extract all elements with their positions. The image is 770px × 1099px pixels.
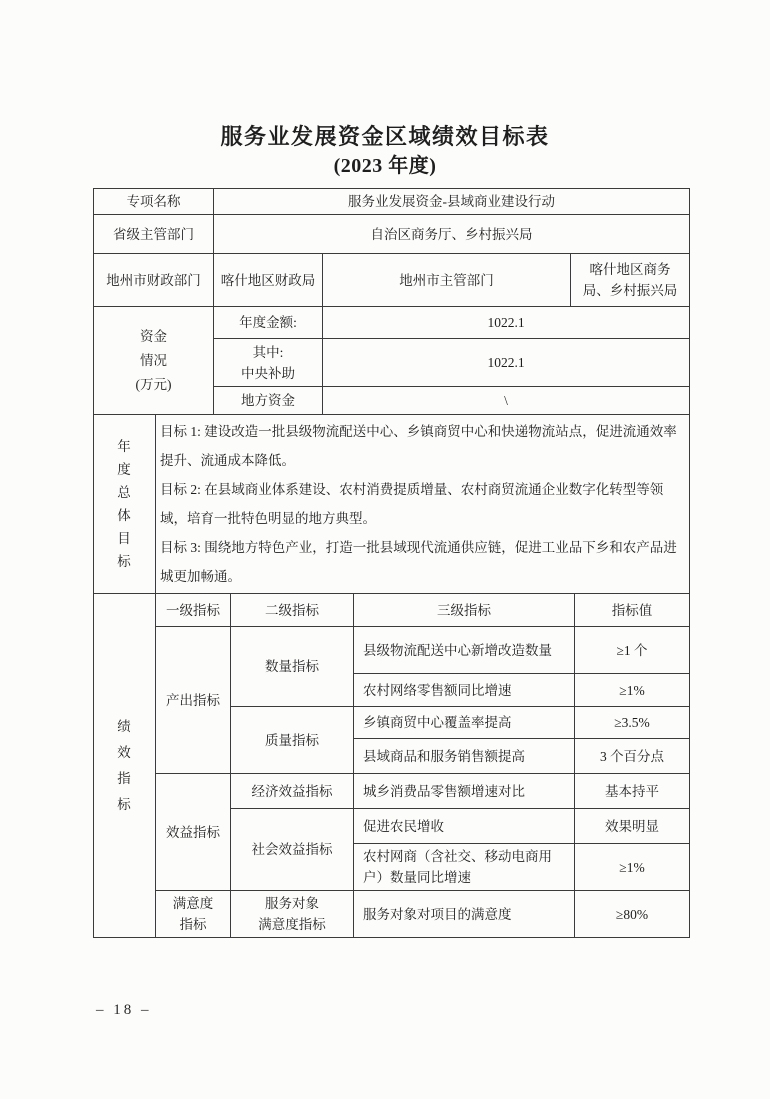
indicator-value: 基本持平 xyxy=(575,774,690,809)
indicator-value: ≥80% xyxy=(575,891,690,938)
indicator-text: 服务对象对项目的满意度 xyxy=(354,891,575,938)
indicator-value: ≥3.5% xyxy=(575,707,690,739)
indicator-text: 促进农民增收 xyxy=(354,809,575,844)
funds-central-value: 1022.1 xyxy=(323,339,690,387)
project-name-value: 服务业发展资金-县域商业建设行动 xyxy=(214,189,690,215)
prefecture-finance-value: 喀什地区财政局 xyxy=(214,254,323,307)
indicator-text: 农村网络零售额同比增速 xyxy=(354,674,575,707)
doc-title: 服务业发展资金区域绩效目标表 xyxy=(0,0,770,152)
page-number: – 18 – xyxy=(96,1002,152,1019)
level1-satisfaction: 满意度 指标 xyxy=(156,891,231,938)
level2-satisfaction: 服务对象 满意度指标 xyxy=(231,891,354,938)
header-level3: 三级指标 xyxy=(354,594,575,627)
prefecture-admin-label: 地州市主管部门 xyxy=(323,254,571,307)
performance-table: 绩 效 指 标 一级指标 二级指标 三级指标 指标值 产出指标 数量指标 县级物… xyxy=(93,593,690,938)
indicator-text: 城乡消费品零售额增速对比 xyxy=(354,774,575,809)
table-row: 产出指标 数量指标 县级物流配送中心新增改造数量 ≥1 个 xyxy=(94,627,690,674)
indicator-value: ≥1% xyxy=(575,844,690,891)
table-row: 满意度 指标 服务对象 满意度指标 服务对象对项目的满意度 ≥80% xyxy=(94,891,690,938)
level1-benefit: 效益指标 xyxy=(156,774,231,891)
indicator-text: 县域商品和服务销售额提高 xyxy=(354,739,575,774)
goals-section-label: 年 度 总 体 目 标 xyxy=(94,415,156,594)
header-value: 指标值 xyxy=(575,594,690,627)
goals-table: 年 度 总 体 目 标 目标 1: 建设改造一批县级物流配送中心、乡镇商贸中心和… xyxy=(93,414,690,594)
level2-quality: 质量指标 xyxy=(231,707,354,774)
table-row: 绩 效 指 标 一级指标 二级指标 三级指标 指标值 xyxy=(94,594,690,627)
table-row: 省级主管部门 自治区商务厅、乡村振兴局 xyxy=(94,215,690,254)
provincial-dept-value: 自治区商务厅、乡村振兴局 xyxy=(214,215,690,254)
goal-item-3: 目标 3: 围绕地方特色产业，打造一批县域现代流通供应链，促进工业品下乡和农产品… xyxy=(160,533,685,591)
header-level2: 二级指标 xyxy=(231,594,354,627)
info-table: 专项名称 服务业发展资金-县域商业建设行动 省级主管部门 自治区商务厅、乡村振兴… xyxy=(93,188,690,415)
goal-item-2: 目标 2: 在县域商业体系建设、农村消费提质增量、农村商贸流通企业数字化转型等领… xyxy=(160,475,685,533)
goal-item-1: 目标 1: 建设改造一批县级物流配送中心、乡镇商贸中心和快递物流站点，促进流通效… xyxy=(160,417,685,475)
level2-social: 社会效益指标 xyxy=(231,809,354,891)
level2-quantity: 数量指标 xyxy=(231,627,354,707)
funds-annual-value: 1022.1 xyxy=(323,307,690,339)
table-row: 专项名称 服务业发展资金-县域商业建设行动 xyxy=(94,189,690,215)
table-row: 地州市财政部门 喀什地区财政局 地州市主管部门 喀什地区商务局、乡村振兴局 xyxy=(94,254,690,307)
funds-label: 资金 情况 (万元) xyxy=(94,307,214,415)
prefecture-finance-label: 地州市财政部门 xyxy=(94,254,214,307)
prefecture-admin-value: 喀什地区商务局、乡村振兴局 xyxy=(571,254,690,307)
indicator-value: ≥1% xyxy=(575,674,690,707)
table-row: 效益指标 经济效益指标 城乡消费品零售额增速对比 基本持平 xyxy=(94,774,690,809)
project-name-label: 专项名称 xyxy=(94,189,214,215)
document-page: 服务业发展资金区域绩效目标表 (2023 年度) 专项名称 服务业发展资金-县域… xyxy=(0,0,770,1099)
doc-subtitle: (2023 年度) xyxy=(0,152,770,180)
provincial-dept-label: 省级主管部门 xyxy=(94,215,214,254)
funds-central-label: 其中: 中央补助 xyxy=(214,339,323,387)
indicator-text: 县级物流配送中心新增改造数量 xyxy=(354,627,575,674)
table-row: 资金 情况 (万元) 年度金额: 1022.1 xyxy=(94,307,690,339)
indicator-value: ≥1 个 xyxy=(575,627,690,674)
indicator-value: 3 个百分点 xyxy=(575,739,690,774)
performance-section-label: 绩 效 指 标 xyxy=(94,594,156,938)
level1-output: 产出指标 xyxy=(156,627,231,774)
indicator-text: 乡镇商贸中心覆盖率提高 xyxy=(354,707,575,739)
level2-economic: 经济效益指标 xyxy=(231,774,354,809)
funds-annual-label: 年度金额: xyxy=(214,307,323,339)
goals-content: 目标 1: 建设改造一批县级物流配送中心、乡镇商贸中心和快递物流站点，促进流通效… xyxy=(156,415,690,594)
funds-local-label: 地方资金 xyxy=(214,387,323,415)
header-level1: 一级指标 xyxy=(156,594,231,627)
indicator-text: 农村网商（含社交、移动电商用户）数量同比增速 xyxy=(354,844,575,891)
funds-local-value: \ xyxy=(323,387,690,415)
indicator-value: 效果明显 xyxy=(575,809,690,844)
table-row: 年 度 总 体 目 标 目标 1: 建设改造一批县级物流配送中心、乡镇商贸中心和… xyxy=(94,415,690,594)
